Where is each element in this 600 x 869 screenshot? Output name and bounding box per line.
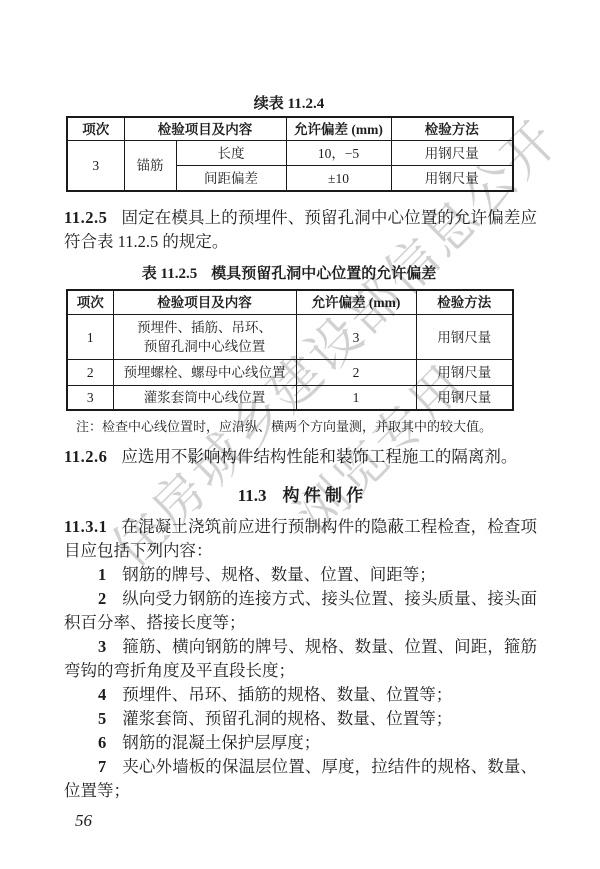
clause-11-2-6: 11.2.6应选用不影响构件结构性能和装饰工程施工的隔离剂。 bbox=[64, 445, 537, 469]
cell-tolerance: ±10 bbox=[286, 166, 391, 192]
clause-number: 11.3.1 bbox=[64, 517, 107, 536]
cell-method: 用钢尺量 bbox=[391, 166, 513, 192]
item-text: 灌浆套筒、预留孔洞的规格、数量、位置等； bbox=[122, 709, 452, 728]
clause-text: 固定在模具上的预埋件、预留孔洞中心位置的允许偏差应符合表 11.2.5 的规定。 bbox=[64, 208, 537, 251]
cell-method: 用钢尺量 bbox=[416, 386, 513, 411]
cell-group: 锚筋 bbox=[124, 141, 176, 192]
clause-item-3: 3箍筋、横向钢筋的牌号、规格、数量、位置、间距，箍筋弯钩的弯折角度及平直段长度； bbox=[64, 635, 537, 683]
cell-item: 预埋件、插筋、吊环、 预留孔洞中心线位置 bbox=[113, 315, 296, 360]
item-number: 6 bbox=[98, 733, 106, 752]
clause-item-6: 6钢筋的混凝土保护层厚度； bbox=[64, 731, 537, 755]
clause-text: 应选用不影响构件结构性能和装饰工程施工的隔离剂。 bbox=[121, 447, 517, 466]
clause-number: 11.2.5 bbox=[64, 208, 107, 227]
section-heading-title: 构 件 制 作 bbox=[283, 486, 364, 505]
table-caption-title: 模具预留孔洞中心位置的允许偏差 bbox=[211, 266, 436, 282]
clause-text: 在混凝土浇筑前应进行预制构件的隐蔽工程检查，检查项目应包括下列内容： bbox=[64, 517, 537, 560]
cell-index: 3 bbox=[67, 141, 124, 192]
col-header-tolerance: 允许偏差 (mm) bbox=[286, 117, 391, 141]
table-caption-number: 表 11.2.5 bbox=[142, 266, 197, 282]
item-text: 箍筋、横向钢筋的牌号、规格、数量、位置、间距，箍筋弯钩的弯折角度及平直段长度； bbox=[64, 637, 537, 680]
col-header-method: 检验方法 bbox=[391, 117, 513, 141]
cell-method: 用钢尺量 bbox=[416, 360, 513, 386]
cell-tolerance: 10，−5 bbox=[286, 141, 391, 166]
clause-item-2: 2纵向受力钢筋的连接方式、接头位置、接头质量、接头面积百分率、搭接长度等； bbox=[64, 587, 537, 635]
item-number: 1 bbox=[98, 565, 106, 584]
clause-item-5: 5灌浆套筒、预留孔洞的规格、数量、位置等； bbox=[64, 707, 537, 731]
item-number: 3 bbox=[98, 637, 106, 656]
table-header-row: 项次 检验项目及内容 允许偏差 (mm) 检验方法 bbox=[67, 117, 513, 141]
col-header-index: 项次 bbox=[67, 290, 113, 315]
item-text: 夹心外墙板的保温层位置、厚度，拉结件的规格、数量、位置等； bbox=[64, 757, 537, 800]
table-11-2-5: 项次 检验项目及内容 允许偏差 (mm) 检验方法 1 预埋件、插筋、吊环、 预… bbox=[66, 289, 514, 411]
table-caption-continued: 续表 11.2.4 bbox=[66, 92, 512, 113]
page-number: 56 bbox=[75, 811, 92, 831]
col-header-item: 检验项目及内容 bbox=[124, 117, 286, 141]
item-text: 预埋件、吊环、插筋的规格、数量、位置等； bbox=[122, 685, 452, 704]
cell-item: 长度 bbox=[176, 141, 286, 166]
item-text: 钢筋的牌号、规格、数量、位置、间距等； bbox=[122, 565, 436, 584]
clause-number: 11.2.6 bbox=[64, 447, 107, 466]
item-number: 2 bbox=[98, 589, 106, 608]
col-header-index: 项次 bbox=[67, 117, 124, 141]
table-caption: 表 11.2.5模具预留孔洞中心位置的允许偏差 bbox=[66, 262, 512, 283]
col-header-method: 检验方法 bbox=[416, 290, 513, 315]
item-text: 纵向受力钢筋的连接方式、接头位置、接头质量、接头面积百分率、搭接长度等； bbox=[64, 589, 537, 632]
table-note: 注：检查中心线位置时，应沿纵、横两个方向量测，并取其中的较大值。 bbox=[76, 418, 531, 435]
cell-tolerance: 1 bbox=[296, 386, 416, 411]
cell-tolerance: 3 bbox=[296, 315, 416, 360]
col-header-item: 检验项目及内容 bbox=[113, 290, 296, 315]
cell-index: 1 bbox=[67, 315, 113, 360]
table-row: 3 灌浆套筒中心线位置 1 用钢尺量 bbox=[67, 386, 513, 411]
item-number: 5 bbox=[98, 709, 106, 728]
table-row: 3 锚筋 长度 10，−5 用钢尺量 bbox=[67, 141, 513, 166]
section-heading: 11.3构 件 制 作 bbox=[64, 481, 537, 506]
clause-item-list: 1钢筋的牌号、规格、数量、位置、间距等； 2纵向受力钢筋的连接方式、接头位置、接… bbox=[64, 563, 537, 803]
col-header-tolerance: 允许偏差 (mm) bbox=[296, 290, 416, 315]
clause-item-1: 1钢筋的牌号、规格、数量、位置、间距等； bbox=[64, 563, 537, 587]
item-text: 钢筋的混凝土保护层厚度； bbox=[122, 733, 320, 752]
cell-item: 间距偏差 bbox=[176, 166, 286, 192]
section-heading-number: 11.3 bbox=[238, 486, 267, 505]
clause-item-7: 7夹心外墙板的保温层位置、厚度，拉结件的规格、数量、位置等； bbox=[64, 755, 537, 803]
clause-item-4: 4预埋件、吊环、插筋的规格、数量、位置等； bbox=[64, 683, 537, 707]
cell-tolerance: 2 bbox=[296, 360, 416, 386]
table-11-2-4: 项次 检验项目及内容 允许偏差 (mm) 检验方法 3 锚筋 长度 10，−5 … bbox=[66, 116, 514, 192]
item-number: 4 bbox=[98, 685, 106, 704]
clause-11-2-5: 11.2.5固定在模具上的预埋件、预留孔洞中心位置的允许偏差应符合表 11.2.… bbox=[64, 206, 537, 254]
table-row: 1 预埋件、插筋、吊环、 预留孔洞中心线位置 3 用钢尺量 bbox=[67, 315, 513, 360]
cell-method: 用钢尺量 bbox=[416, 315, 513, 360]
cell-index: 2 bbox=[67, 360, 113, 386]
cell-method: 用钢尺量 bbox=[391, 141, 513, 166]
cell-item: 预埋螺栓、螺母中心线位置 bbox=[113, 360, 296, 386]
clause-11-3-1: 11.3.1在混凝土浇筑前应进行预制构件的隐蔽工程检查，检查项目应包括下列内容： bbox=[64, 515, 537, 563]
cell-index: 3 bbox=[67, 386, 113, 411]
document-page: 住房城乡建设部信息公开 浏览专用 续表 11.2.4 项次 检验项目及内容 允许… bbox=[0, 0, 600, 869]
table-header-row: 项次 检验项目及内容 允许偏差 (mm) 检验方法 bbox=[67, 290, 513, 315]
cell-item: 灌浆套筒中心线位置 bbox=[113, 386, 296, 411]
table-row: 2 预埋螺栓、螺母中心线位置 2 用钢尺量 bbox=[67, 360, 513, 386]
item-number: 7 bbox=[98, 757, 106, 776]
